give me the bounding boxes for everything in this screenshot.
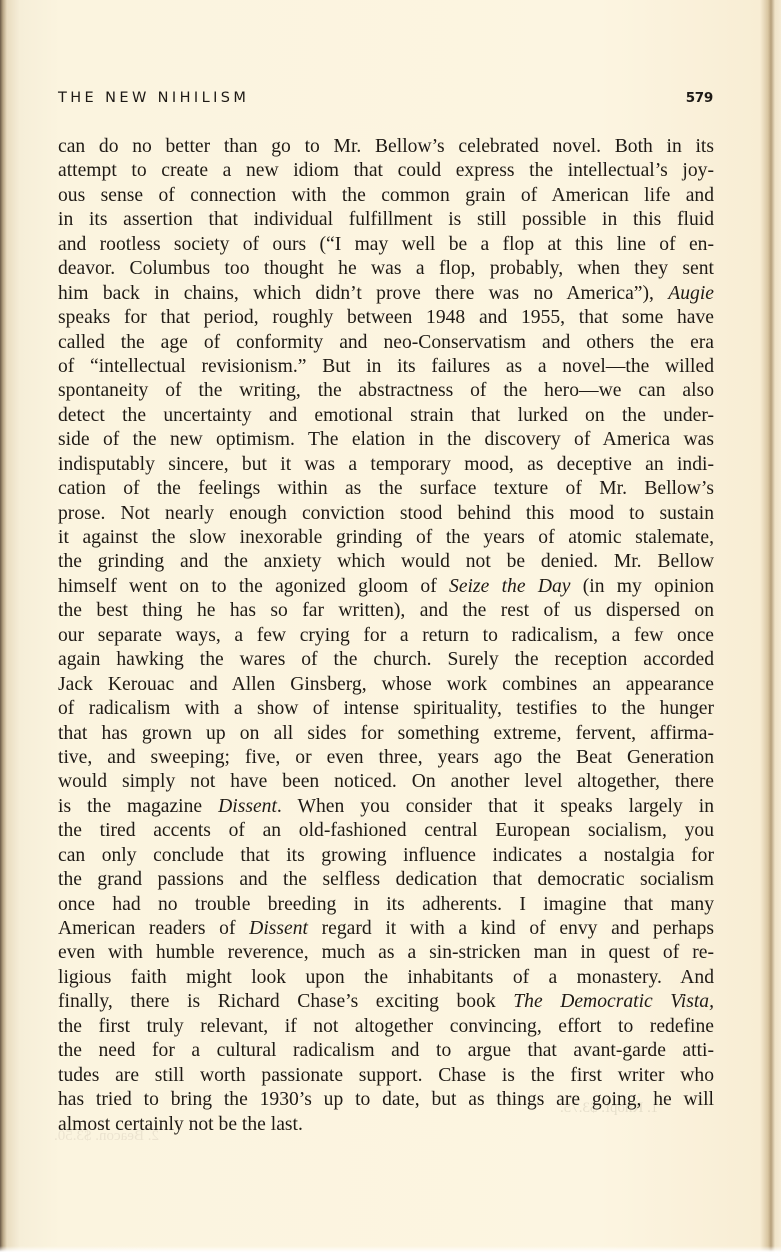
text-line: finally, there is Richard Chase’s exciti…: [58, 990, 714, 1014]
page-number: 579: [686, 90, 713, 106]
text-line: him back in chains, which didn’t prove t…: [58, 282, 714, 306]
text-line: indisputably sincere, but it was a tempo…: [58, 453, 714, 477]
text-line: is the magazine Dissent. When you consid…: [58, 795, 714, 819]
text-line: would simply not have been noticed. On a…: [58, 770, 714, 794]
text-run: (in my opinion: [570, 576, 714, 597]
chapter-title: THE NEW NIHILISM: [58, 90, 249, 106]
text-line: can only conclude that its growing influ…: [58, 844, 714, 868]
text-line: side of the new optimism. The elation in…: [58, 428, 714, 452]
running-head: THE NEW NIHILISM 579: [58, 90, 713, 112]
text-run: . When you consider that it speaks large…: [277, 796, 714, 817]
text-line: the tired accents of an old-fashioned ce…: [58, 819, 714, 843]
text-line: again hawking the wares of the church. S…: [58, 648, 714, 672]
text-line: our separate ways, a few crying for a re…: [58, 624, 714, 648]
italic-title: The Democratic Vista,: [513, 991, 714, 1012]
text-line: cation of the feelings within as the sur…: [58, 477, 714, 501]
text-line: in its assertion that individual fulfill…: [58, 208, 714, 232]
text-line: ous sense of connection with the common …: [58, 184, 714, 208]
text-run: finally, there is Richard Chase’s exciti…: [58, 991, 513, 1012]
text-line: ligious faith might look upon the inhabi…: [58, 966, 714, 990]
italic-title: Dissent: [249, 918, 308, 939]
text-line: the need for a cultural radicalism and t…: [58, 1039, 714, 1063]
text-line: American readers of Dissent regard it wi…: [58, 917, 714, 941]
text-line: the first truly relevant, if not altoget…: [58, 1015, 714, 1039]
text-line: even with humble reverence, much as a si…: [58, 941, 714, 965]
text-line: of “intellectual revisionism.” But in it…: [58, 355, 714, 379]
show-through-footnote: 2. Beacon. $3.50.: [54, 1128, 159, 1145]
italic-title: Dissent: [218, 796, 277, 817]
text-line: of radicalism with a show of intense spi…: [58, 697, 714, 721]
text-run: him back in chains, which didn’t prove t…: [58, 283, 668, 304]
show-through-footnote: 1. Knopf. $3.75.: [560, 1100, 658, 1117]
text-line: attempt to create a new idiom that could…: [58, 159, 714, 183]
text-line: spontaneity of the writing, the abstract…: [58, 379, 714, 403]
text-line: tive, and sweeping; five, or even three,…: [58, 746, 714, 770]
text-line: the grand passions and the selfless dedi…: [58, 868, 714, 892]
text-run: American readers of: [58, 918, 249, 939]
text-line: the grinding and the anxiety which would…: [58, 550, 714, 574]
text-line: himself went on to the agonized gloom of…: [58, 575, 714, 599]
text-line: Jack Kerouac and Allen Ginsberg, whose w…: [58, 673, 714, 697]
text-run: regard it with a kind of envy and perhap…: [308, 918, 714, 939]
text-line: the best thing he has so far written), a…: [58, 599, 714, 623]
body-paragraph: can do no better than go to Mr. Bellow’s…: [58, 135, 714, 1137]
italic-title: Seize the Day: [449, 576, 570, 597]
book-page: THE NEW NIHILISM 579 can do no better th…: [0, 0, 781, 1252]
text-line: speaks for that period, roughly between …: [58, 306, 714, 330]
text-line: tudes are still worth passionate support…: [58, 1064, 714, 1088]
text-line: can do no better than go to Mr. Bellow’s…: [58, 135, 714, 159]
text-run: himself went on to the agonized gloom of: [58, 576, 449, 597]
text-line: that has grown up on all sides for somet…: [58, 722, 714, 746]
italic-title: Augie: [668, 283, 714, 304]
text-line: and rootless society of ours (“I may wel…: [58, 233, 714, 257]
text-line: called the age of conformity and neo-Con…: [58, 331, 714, 355]
text-run: is the magazine: [58, 796, 218, 817]
text-line: prose. Not nearly enough conviction stoo…: [58, 502, 714, 526]
text-line: it against the slow inexorable grinding …: [58, 526, 714, 550]
text-line: deavor. Columbus too thought he was a fl…: [58, 257, 714, 281]
text-line: once had no trouble breeding in its adhe…: [58, 893, 714, 917]
text-line: detect the uncertainty and emotional str…: [58, 404, 714, 428]
